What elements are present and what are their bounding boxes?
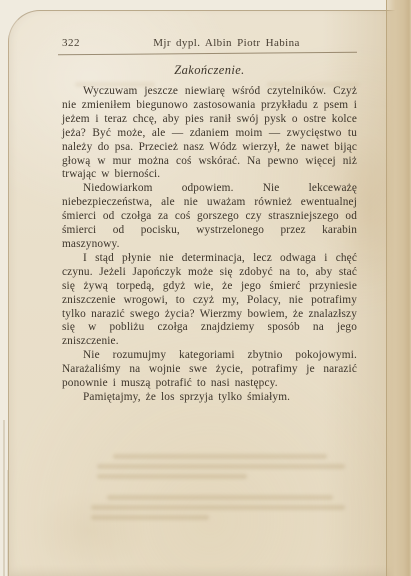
page-number: 322 [62,37,114,49]
running-head-row: 322 Mjr dypl. Albin Piotr Habina [62,37,357,49]
bleed-through-ghost-text [97,474,247,479]
page-edge-line [3,420,5,576]
paragraph: Pamiętajmy, że los sprzyja tylko śmiałym… [62,391,357,405]
page-edge-line [7,470,8,576]
body-text: Wyczuwam jeszcze niewiarę wśród czytelni… [62,85,357,405]
bleed-through-ghost-text [113,454,327,459]
paragraph: Wyczuwam jeszcze niewiarę wśród czytelni… [62,85,357,182]
paragraph: Nie rozumujmy kategoriami zbytnio pokojo… [62,349,357,391]
paragraph: Niedowiarkom odpowiem. Nie lekceważę nie… [62,182,357,252]
paper-stain [29,491,149,571]
running-header: Mjr dypl. Albin Piotr Habina [114,37,357,49]
scanned-book-page: 322 Mjr dypl. Albin Piotr Habina Zakończ… [0,0,411,576]
bleed-through-ghost-text [91,515,209,520]
bleed-through-ghost-text [107,495,333,500]
bleed-through-ghost-text [91,505,345,510]
adjacent-pages-edge [386,0,411,576]
bleed-through-ghost-text [97,464,345,469]
paragraph: I stąd płynie nie determinacja, lecz odw… [62,252,357,349]
section-title: Zakończenie. [62,63,357,78]
